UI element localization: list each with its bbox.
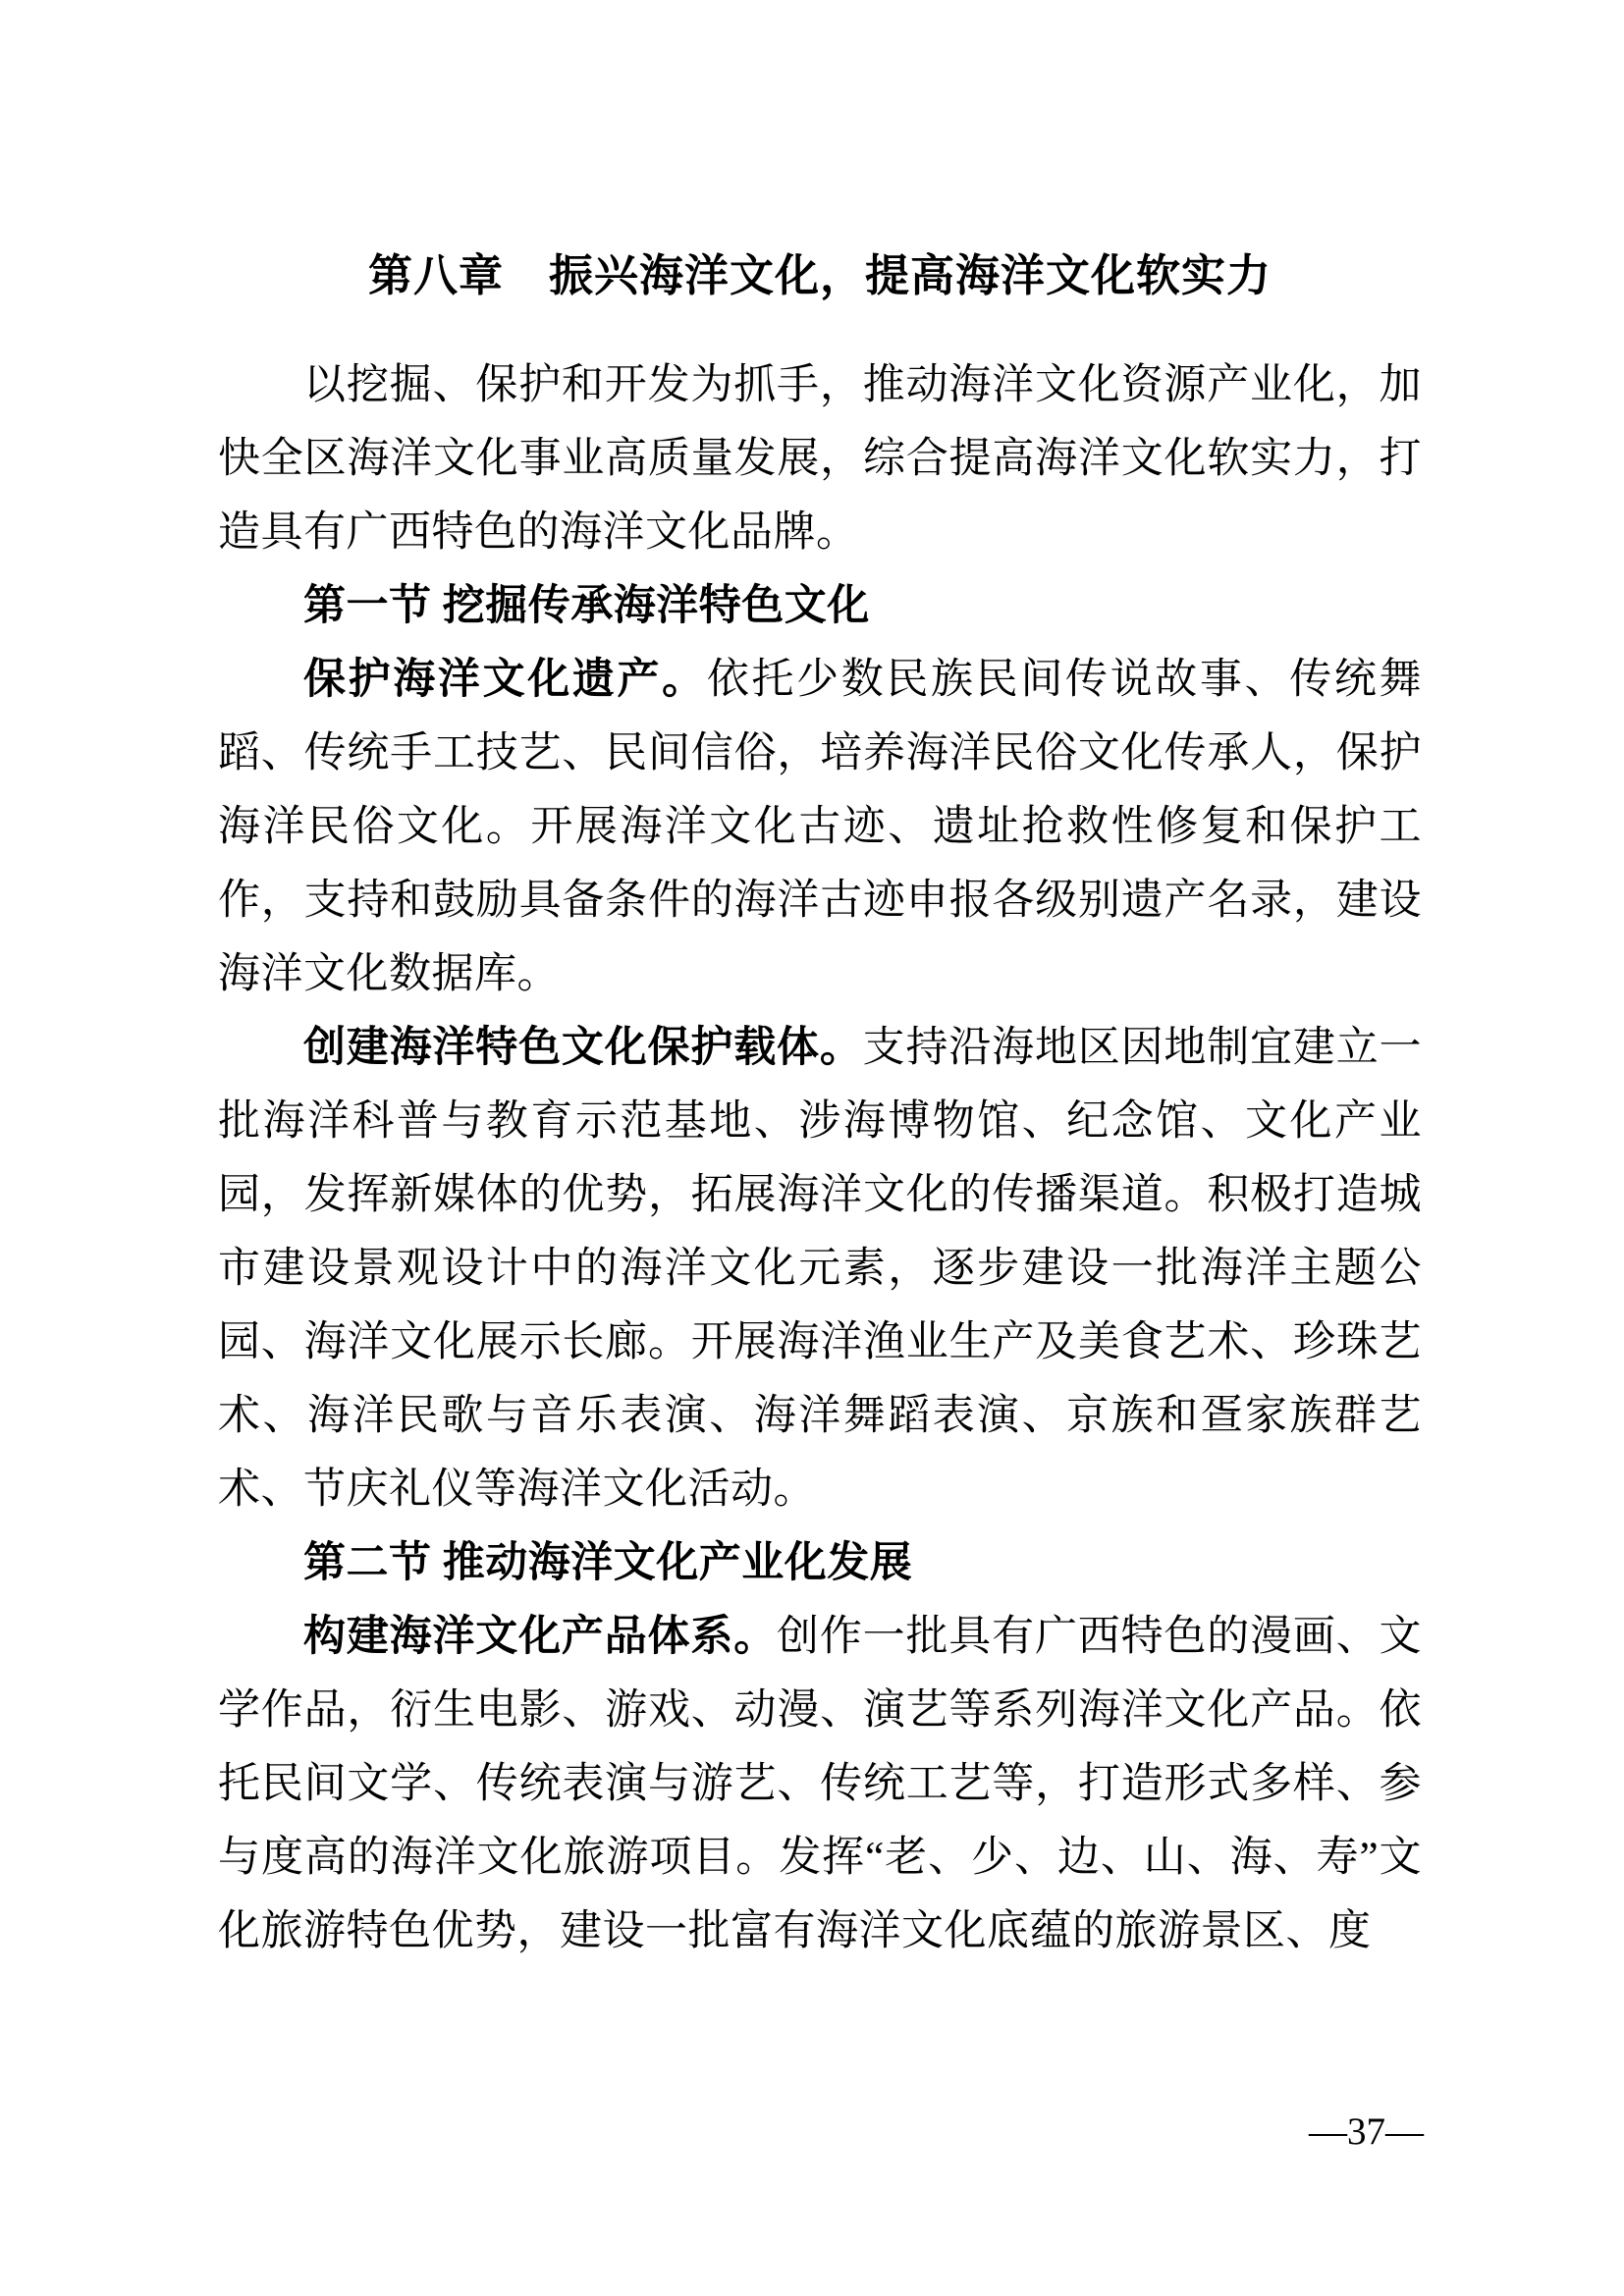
paragraph-text: 以挖掘、保护和开发为抓手，推动海洋文化资源产业化，加快全区海洋文化事业高质量发展… (218, 362, 1422, 556)
paragraph: 以挖掘、保护和开发为抓手，推动海洋文化资源产业化，加快全区海洋文化事业高质量发展… (218, 348, 1422, 569)
paragraph: 构建海洋文化产品体系。创作一批具有广西特色的漫画、文学作品，衍生电影、游戏、动漫… (218, 1600, 1422, 1968)
page-number: —37— (1309, 2110, 1424, 2154)
chapter-title: 第八章 振兴海洋文化，提高海洋文化软实力 (218, 239, 1422, 312)
section-heading: 第二节 推动海洋文化产业化发展 (218, 1526, 1422, 1600)
paragraph-text: 依托少数民族民间传说故事、传统舞蹈、传统手工技艺、民间信俗，培养海洋民俗文化传承… (218, 657, 1422, 997)
paragraph-text: 支持沿海地区因地制宜建立一批海洋科普与教育示范基地、涉海博物馆、纪念馆、文化产业… (218, 1025, 1422, 1513)
paragraph: 保护海洋文化遗产。依托少数民族民间传说故事、传统舞蹈、传统手工技艺、民间信俗，培… (218, 643, 1422, 1011)
paragraph-lead: 构建海洋文化产品体系。 (303, 1614, 777, 1660)
section-heading: 第一节 挖掘传承海洋特色文化 (218, 569, 1422, 643)
paragraph-lead: 创建海洋特色文化保护载体。 (303, 1025, 863, 1071)
document-page: 第八章 振兴海洋文化，提高海洋文化软实力 以挖掘、保护和开发为抓手，推动海洋文化… (0, 0, 1624, 2296)
paragraph-text: 创作一批具有广西特色的漫画、文学作品，衍生电影、游戏、动漫、演艺等系列海洋文化产… (218, 1614, 1422, 1954)
paragraph: 创建海洋特色文化保护载体。支持沿海地区因地制宜建立一批海洋科普与教育示范基地、涉… (218, 1011, 1422, 1526)
paragraph-lead: 保护海洋文化遗产。 (303, 657, 707, 703)
text-column: 第八章 振兴海洋文化，提高海洋文化软实力 以挖掘、保护和开发为抓手，推动海洋文化… (218, 239, 1422, 1968)
